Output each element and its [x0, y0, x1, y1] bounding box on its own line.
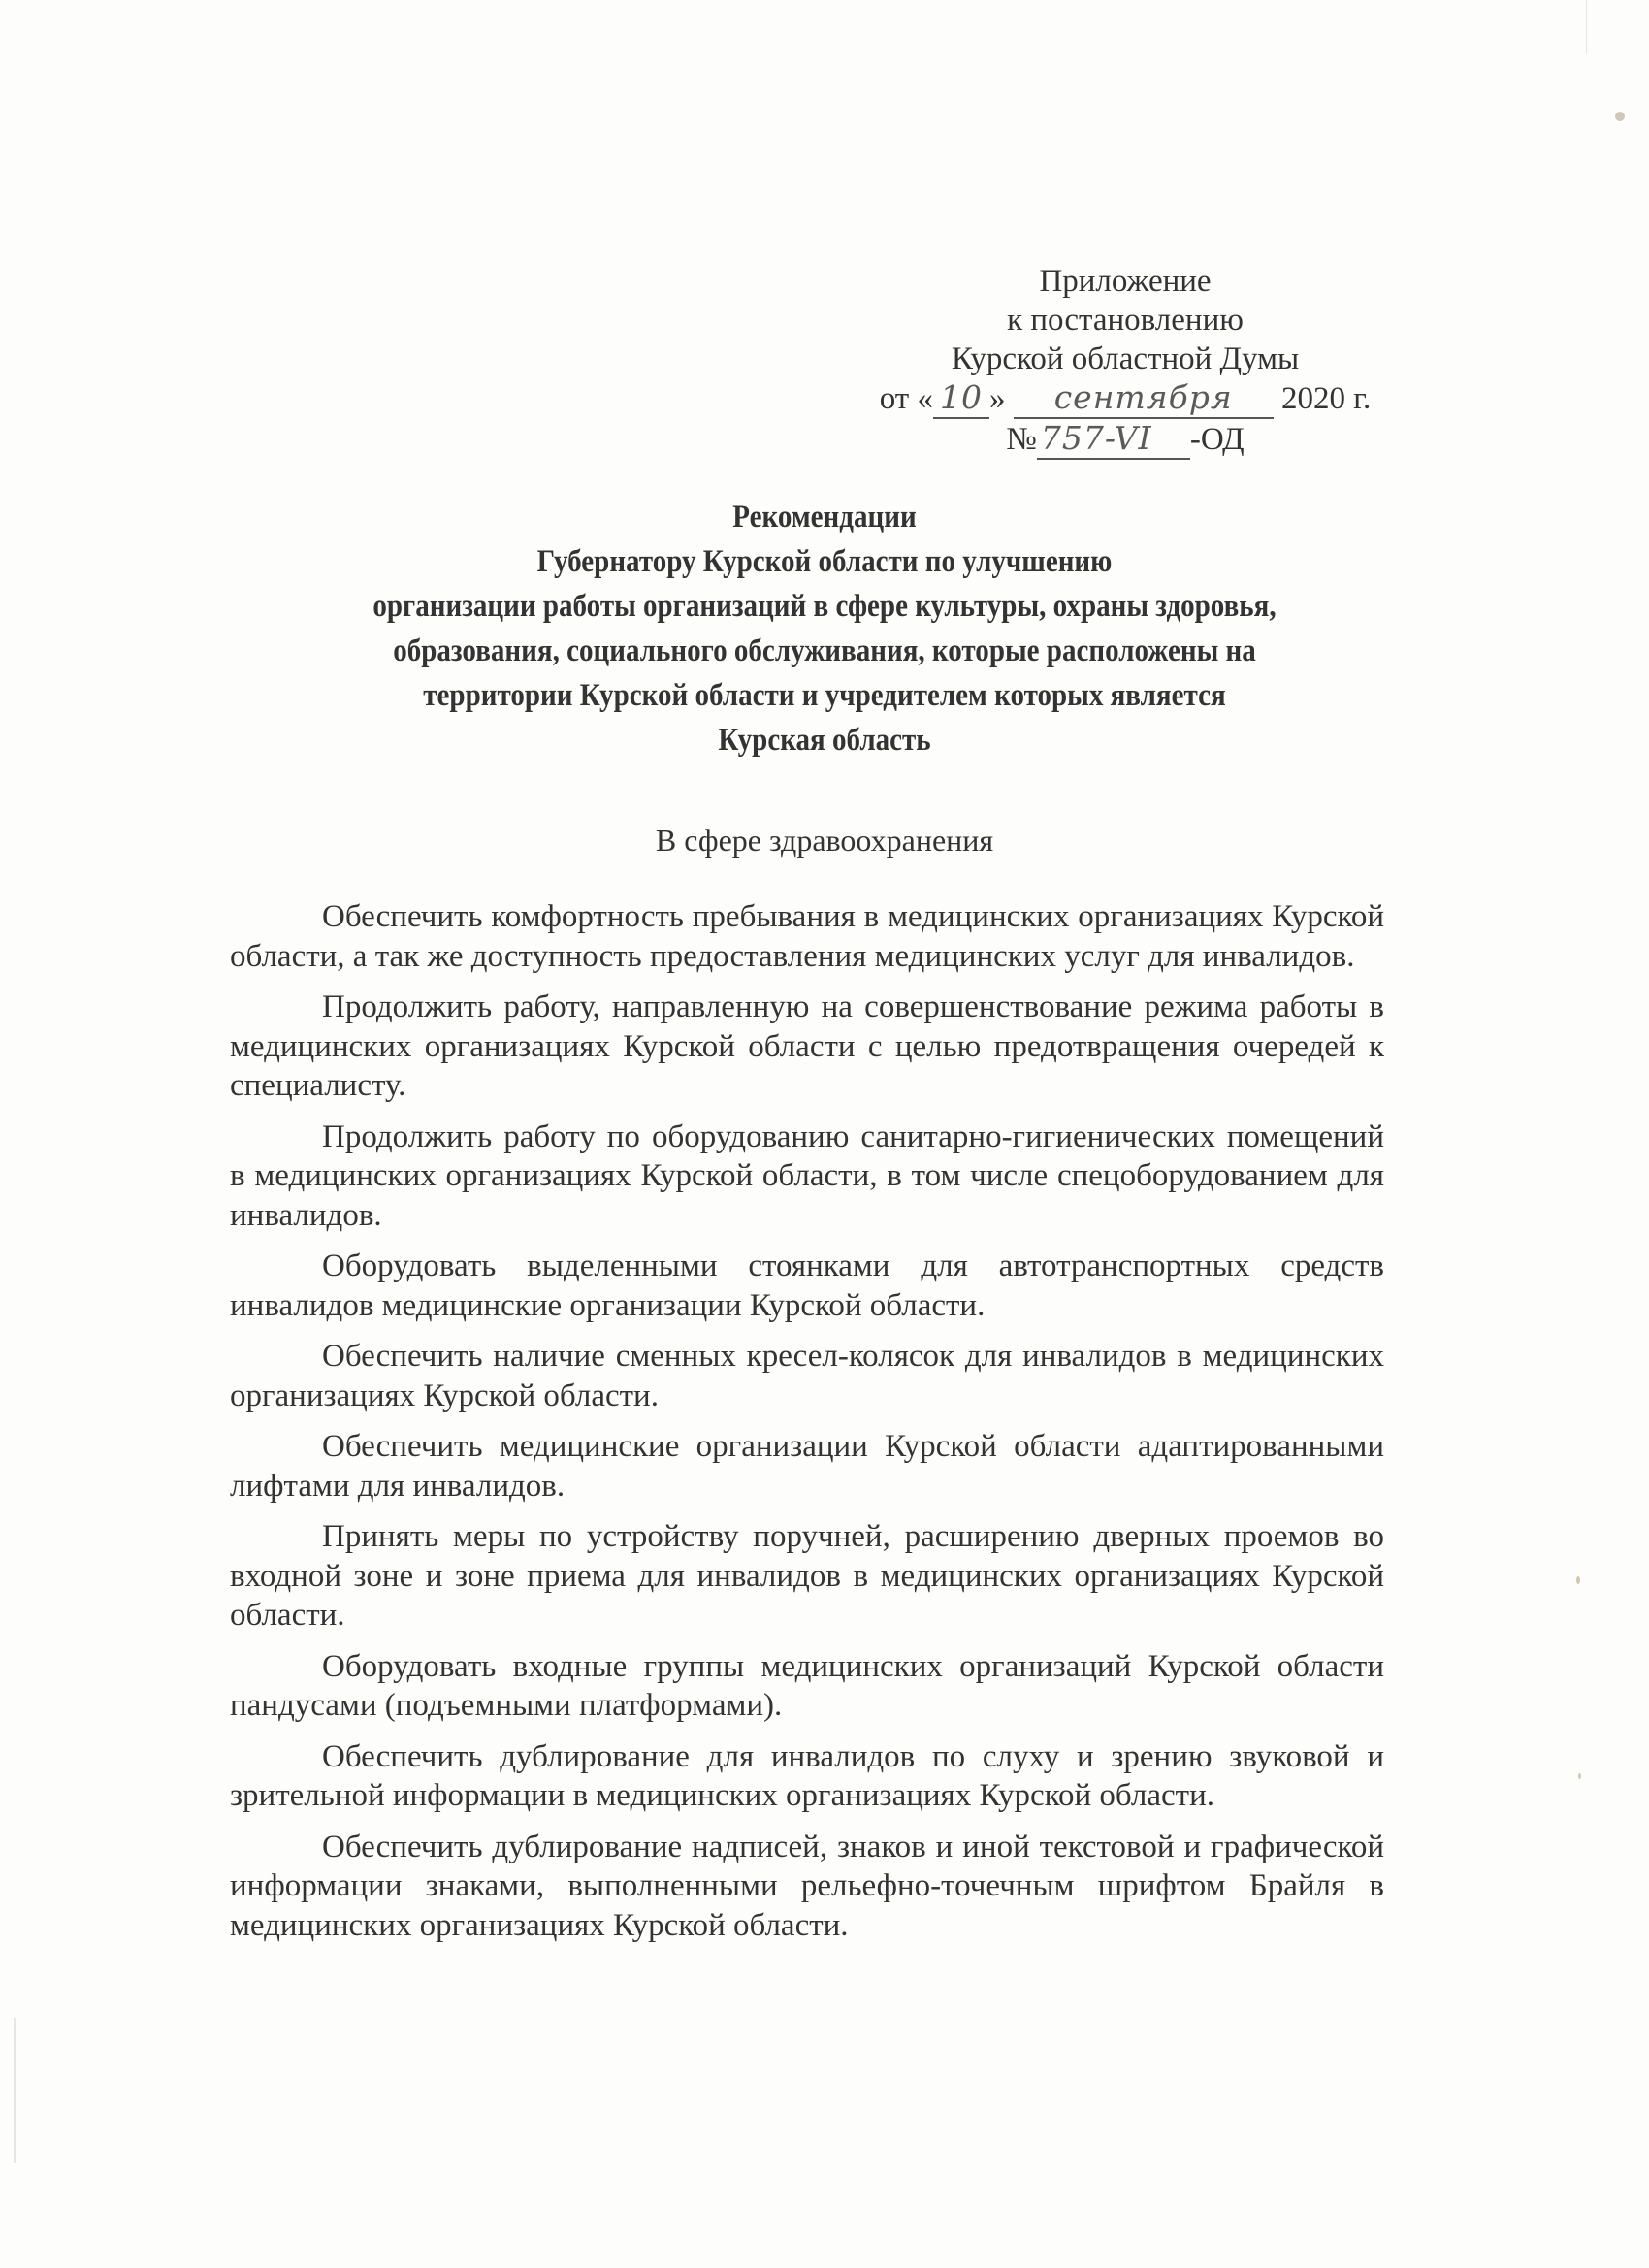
- scan-edge-line: [14, 2018, 16, 2163]
- recommendation-paragraph: Обеспечить наличие сменных кресел-колясо…: [230, 1337, 1384, 1415]
- title-line: территории Курской области и учредителем…: [270, 673, 1379, 718]
- date-month-handwritten: сентября: [1014, 378, 1274, 419]
- recommendation-paragraph: Продолжить работу, направленную на совер…: [230, 988, 1384, 1106]
- number-handwritten: 757-VI: [1037, 419, 1190, 460]
- date-prefix: от «: [880, 381, 933, 416]
- number-prefix: №: [1006, 422, 1037, 457]
- date-day-handwritten: 10: [933, 378, 989, 419]
- recommendation-paragraph: Продолжить работу по оборудованию санита…: [230, 1118, 1384, 1236]
- appendix-date: от «10» сентября 2020 г.: [863, 378, 1387, 419]
- document-body: Обеспечить комфортность пребывания в мед…: [230, 897, 1384, 1957]
- appendix-issuer: Курской областной Думы: [863, 340, 1387, 378]
- recommendation-paragraph: Обеспечить дублирование для инвалидов по…: [230, 1737, 1384, 1816]
- date-mid: »: [989, 381, 1006, 416]
- appendix-label: Приложение: [863, 262, 1387, 301]
- scan-speck: [1578, 1773, 1581, 1779]
- recommendation-paragraph: Обеспечить медицинские организации Курск…: [230, 1427, 1384, 1506]
- scan-speck: [1576, 1576, 1580, 1584]
- recommendation-paragraph: Оборудовать выделенными стоянками для ав…: [230, 1247, 1384, 1325]
- recommendation-paragraph: Обеспечить комфортность пребывания в мед…: [230, 897, 1384, 976]
- document-title: Рекомендации Губернатору Курской области…: [270, 495, 1379, 762]
- recommendation-paragraph: Принять меры по устройству поручней, рас…: [230, 1517, 1384, 1636]
- date-year: 2020 г.: [1281, 381, 1371, 416]
- title-line: Губернатору Курской области по улучшению: [270, 539, 1379, 584]
- appendix-number: №757-VI-ОД: [863, 419, 1387, 460]
- appendix-resolution-ref: к постановлению: [863, 301, 1387, 340]
- section-heading: В сфере здравоохранения: [194, 823, 1455, 859]
- recommendation-paragraph: Оборудовать входные группы медицинских о…: [230, 1647, 1384, 1726]
- title-line: образования, социального обслуживания, к…: [270, 629, 1379, 673]
- scan-edge-line: [1586, 0, 1587, 53]
- title-line: Рекомендации: [270, 495, 1379, 539]
- title-line: Курская область: [270, 718, 1379, 762]
- number-suffix: -ОД: [1190, 422, 1245, 457]
- appendix-header: Приложение к постановлению Курской облас…: [863, 262, 1387, 460]
- title-line: организации работы организаций в сфере к…: [270, 584, 1379, 629]
- scan-speck: [1615, 112, 1625, 121]
- document-page: Приложение к постановлению Курской облас…: [0, 0, 1649, 2268]
- recommendation-paragraph: Обеспечить дублирование надписей, знаков…: [230, 1828, 1384, 1946]
